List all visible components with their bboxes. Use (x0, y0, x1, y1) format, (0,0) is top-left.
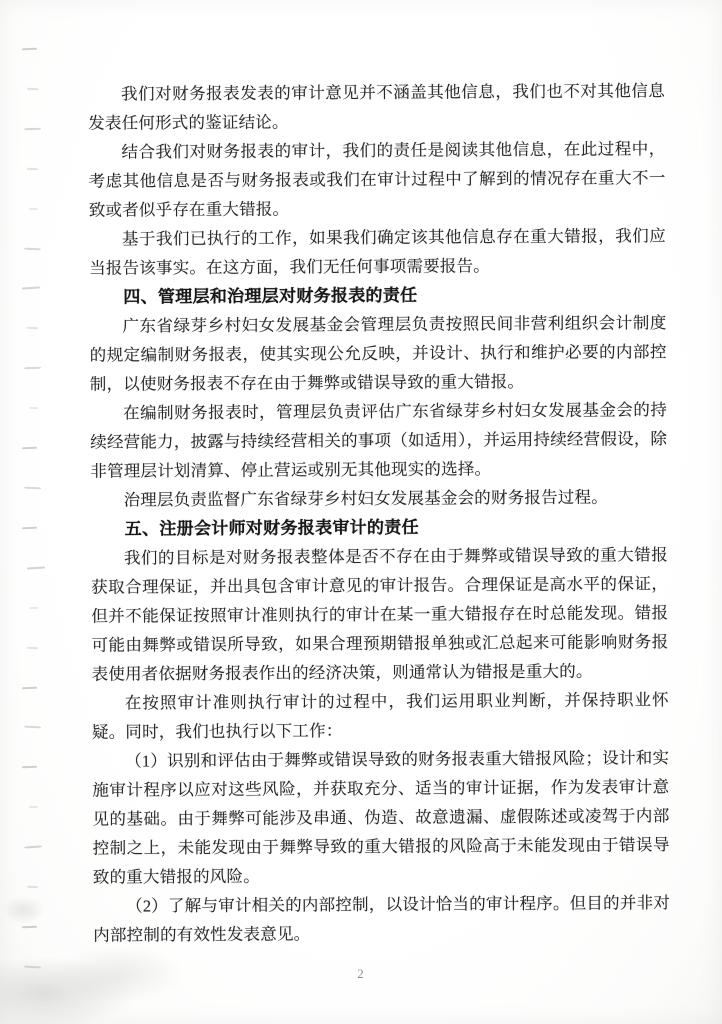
binding-mark (29, 607, 38, 609)
document-page: 我们对财务报表发表的审计意见并不涵盖其他信息，我们也不对其他信息发表任何形式的鉴… (0, 0, 722, 1024)
paragraph-governance-oversight: 治理层负责监督广东省绿芽乡村妇女发展基金会的财务报告过程。 (90, 482, 667, 515)
binding-mark (22, 287, 40, 290)
binding-mark (24, 845, 42, 848)
binding-mark (24, 487, 41, 490)
binding-mark (27, 167, 38, 170)
binding-mark (27, 327, 38, 330)
paragraph-report-the-fact: 基于我们已执行的工作，如果我们确定该其他信息存在重大错报，我们应当报告该事实。在… (89, 221, 666, 283)
paragraph-management-preparation: 广东省绿芽乡村妇女发展基金会管理层负责按照民间非营利组织会计制度的规定编制财务报… (89, 308, 667, 399)
binding-mark (27, 566, 45, 569)
paragraph-audit-opinion-scope: 我们对财务报表发表的审计意见并不涵盖其他信息，我们也不对其他信息发表任何形式的鉴… (88, 76, 665, 138)
binding-mark (22, 527, 37, 530)
paragraph-item-2-internal-control: （2）了解与审计相关的内部控制，以设计恰当的审计程序。但目的并非对内部控制的有效… (93, 888, 670, 950)
binding-mark (29, 407, 38, 409)
binding-mark (24, 726, 41, 729)
binding-mark (22, 766, 37, 769)
binding-mark (29, 207, 38, 209)
binding-mark (24, 367, 41, 370)
page-number: 2 (0, 966, 722, 982)
binding-mark (24, 247, 41, 250)
binding-mark (29, 806, 38, 808)
binding-mark (27, 886, 38, 889)
paragraph-item-1-risk-identification: （1）识别和评估由于舞弊或错误导致的财务报表重大错报风险；设计和实施审计程序以应… (92, 743, 670, 892)
heading-management-governance-responsibility: 四、管理层和治理层对财务报表的责任 (89, 279, 666, 312)
binding-mark (22, 686, 37, 689)
binding-mark (27, 88, 38, 91)
binding-mark (22, 48, 37, 51)
binding-mark (24, 128, 41, 131)
paragraph-professional-judgment: 在按照审计准则执行审计的过程中，我们运用职业判断，并保持职业怀疑。同时，我们也执… (92, 685, 669, 747)
paragraph-other-information-responsibility: 结合我们对财务报表的审计，我们的责任是阅读其他信息，在此过程中，考虑其他信息是否… (88, 134, 666, 225)
scan-smudge (0, 890, 60, 930)
document-body: 我们对财务报表发表的审计意见并不涵盖其他信息，我们也不对其他信息发表任何形式的鉴… (88, 76, 670, 950)
paragraph-audit-objective: 我们的目标是对财务报表整体是否不存在由于舞弊或错误导致的重大错报获取合理保证，并… (91, 540, 669, 689)
binding-mark (22, 447, 37, 450)
paragraph-going-concern-assessment: 在编制财务报表时，管理层负责评估广东省绿芽乡村妇女发展基金会的持续经营能力，披露… (90, 395, 668, 486)
binding-mark (27, 646, 38, 649)
scan-binding-marks (22, 48, 48, 968)
heading-auditor-responsibility: 五、注册会计师对财务报表审计的责任 (91, 511, 668, 544)
